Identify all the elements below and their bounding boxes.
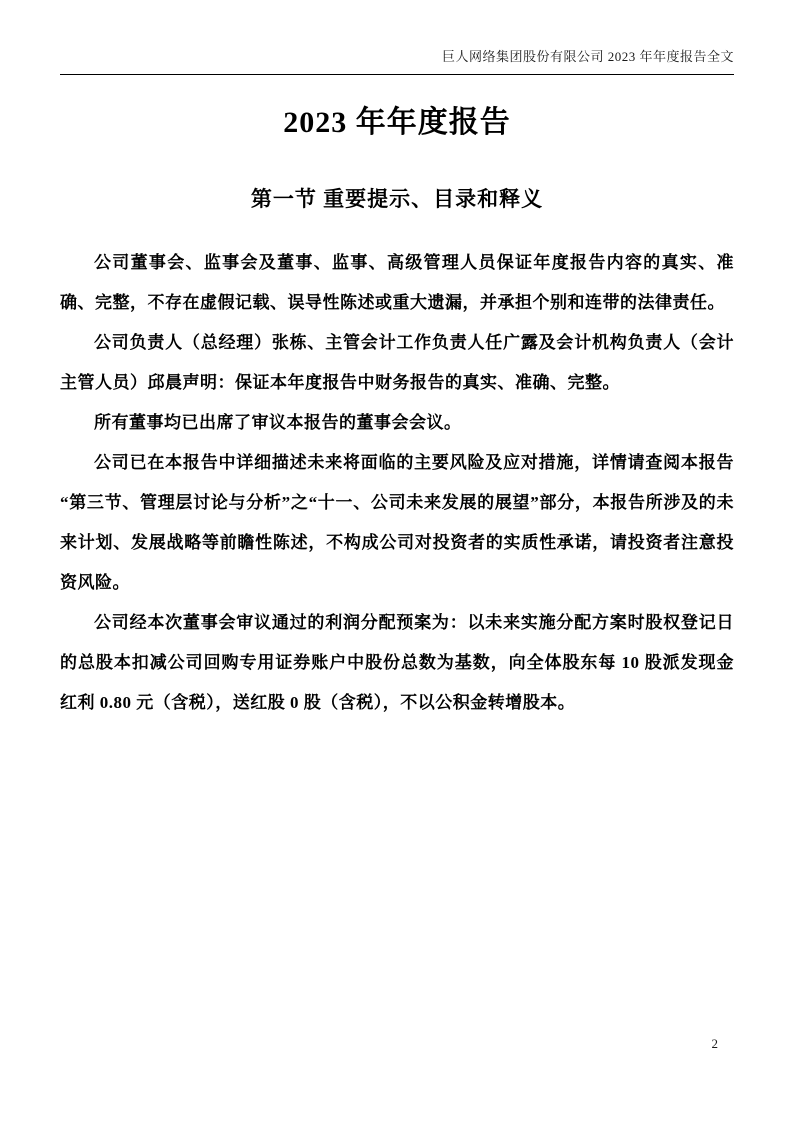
paragraph-risk-disclosure: 公司已在本报告中详细描述未来将面临的主要风险及应对措施，详情请查阅本报告“第三节… bbox=[60, 443, 734, 603]
report-page: 巨人网络集团股份有限公司 2023 年年度报告全文 2023 年年度报告 第一节… bbox=[0, 0, 794, 1123]
paragraph-profit-distribution: 公司经本次董事会审议通过的利润分配预案为：以未来实施分配方案时股权登记日的总股本… bbox=[60, 603, 734, 723]
paragraph-directors-attendance: 所有董事均已出席了审议本报告的董事会会议。 bbox=[60, 403, 734, 443]
paragraph-board-statement: 公司董事会、监事会及董事、监事、高级管理人员保证年度报告内容的真实、准确、完整，… bbox=[60, 243, 734, 323]
section-heading: 第一节 重要提示、目录和释义 bbox=[60, 183, 734, 213]
running-header: 巨人网络集团股份有限公司 2023 年年度报告全文 bbox=[60, 0, 734, 75]
page-number: 2 bbox=[712, 1036, 719, 1052]
report-title: 2023 年年度报告 bbox=[60, 97, 734, 141]
paragraph-responsible-persons: 公司负责人（总经理）张栋、主管会计工作负责人任广露及会计机构负责人（会计主管人员… bbox=[60, 323, 734, 403]
body-text: 公司董事会、监事会及董事、监事、高级管理人员保证年度报告内容的真实、准确、完整，… bbox=[60, 243, 734, 723]
